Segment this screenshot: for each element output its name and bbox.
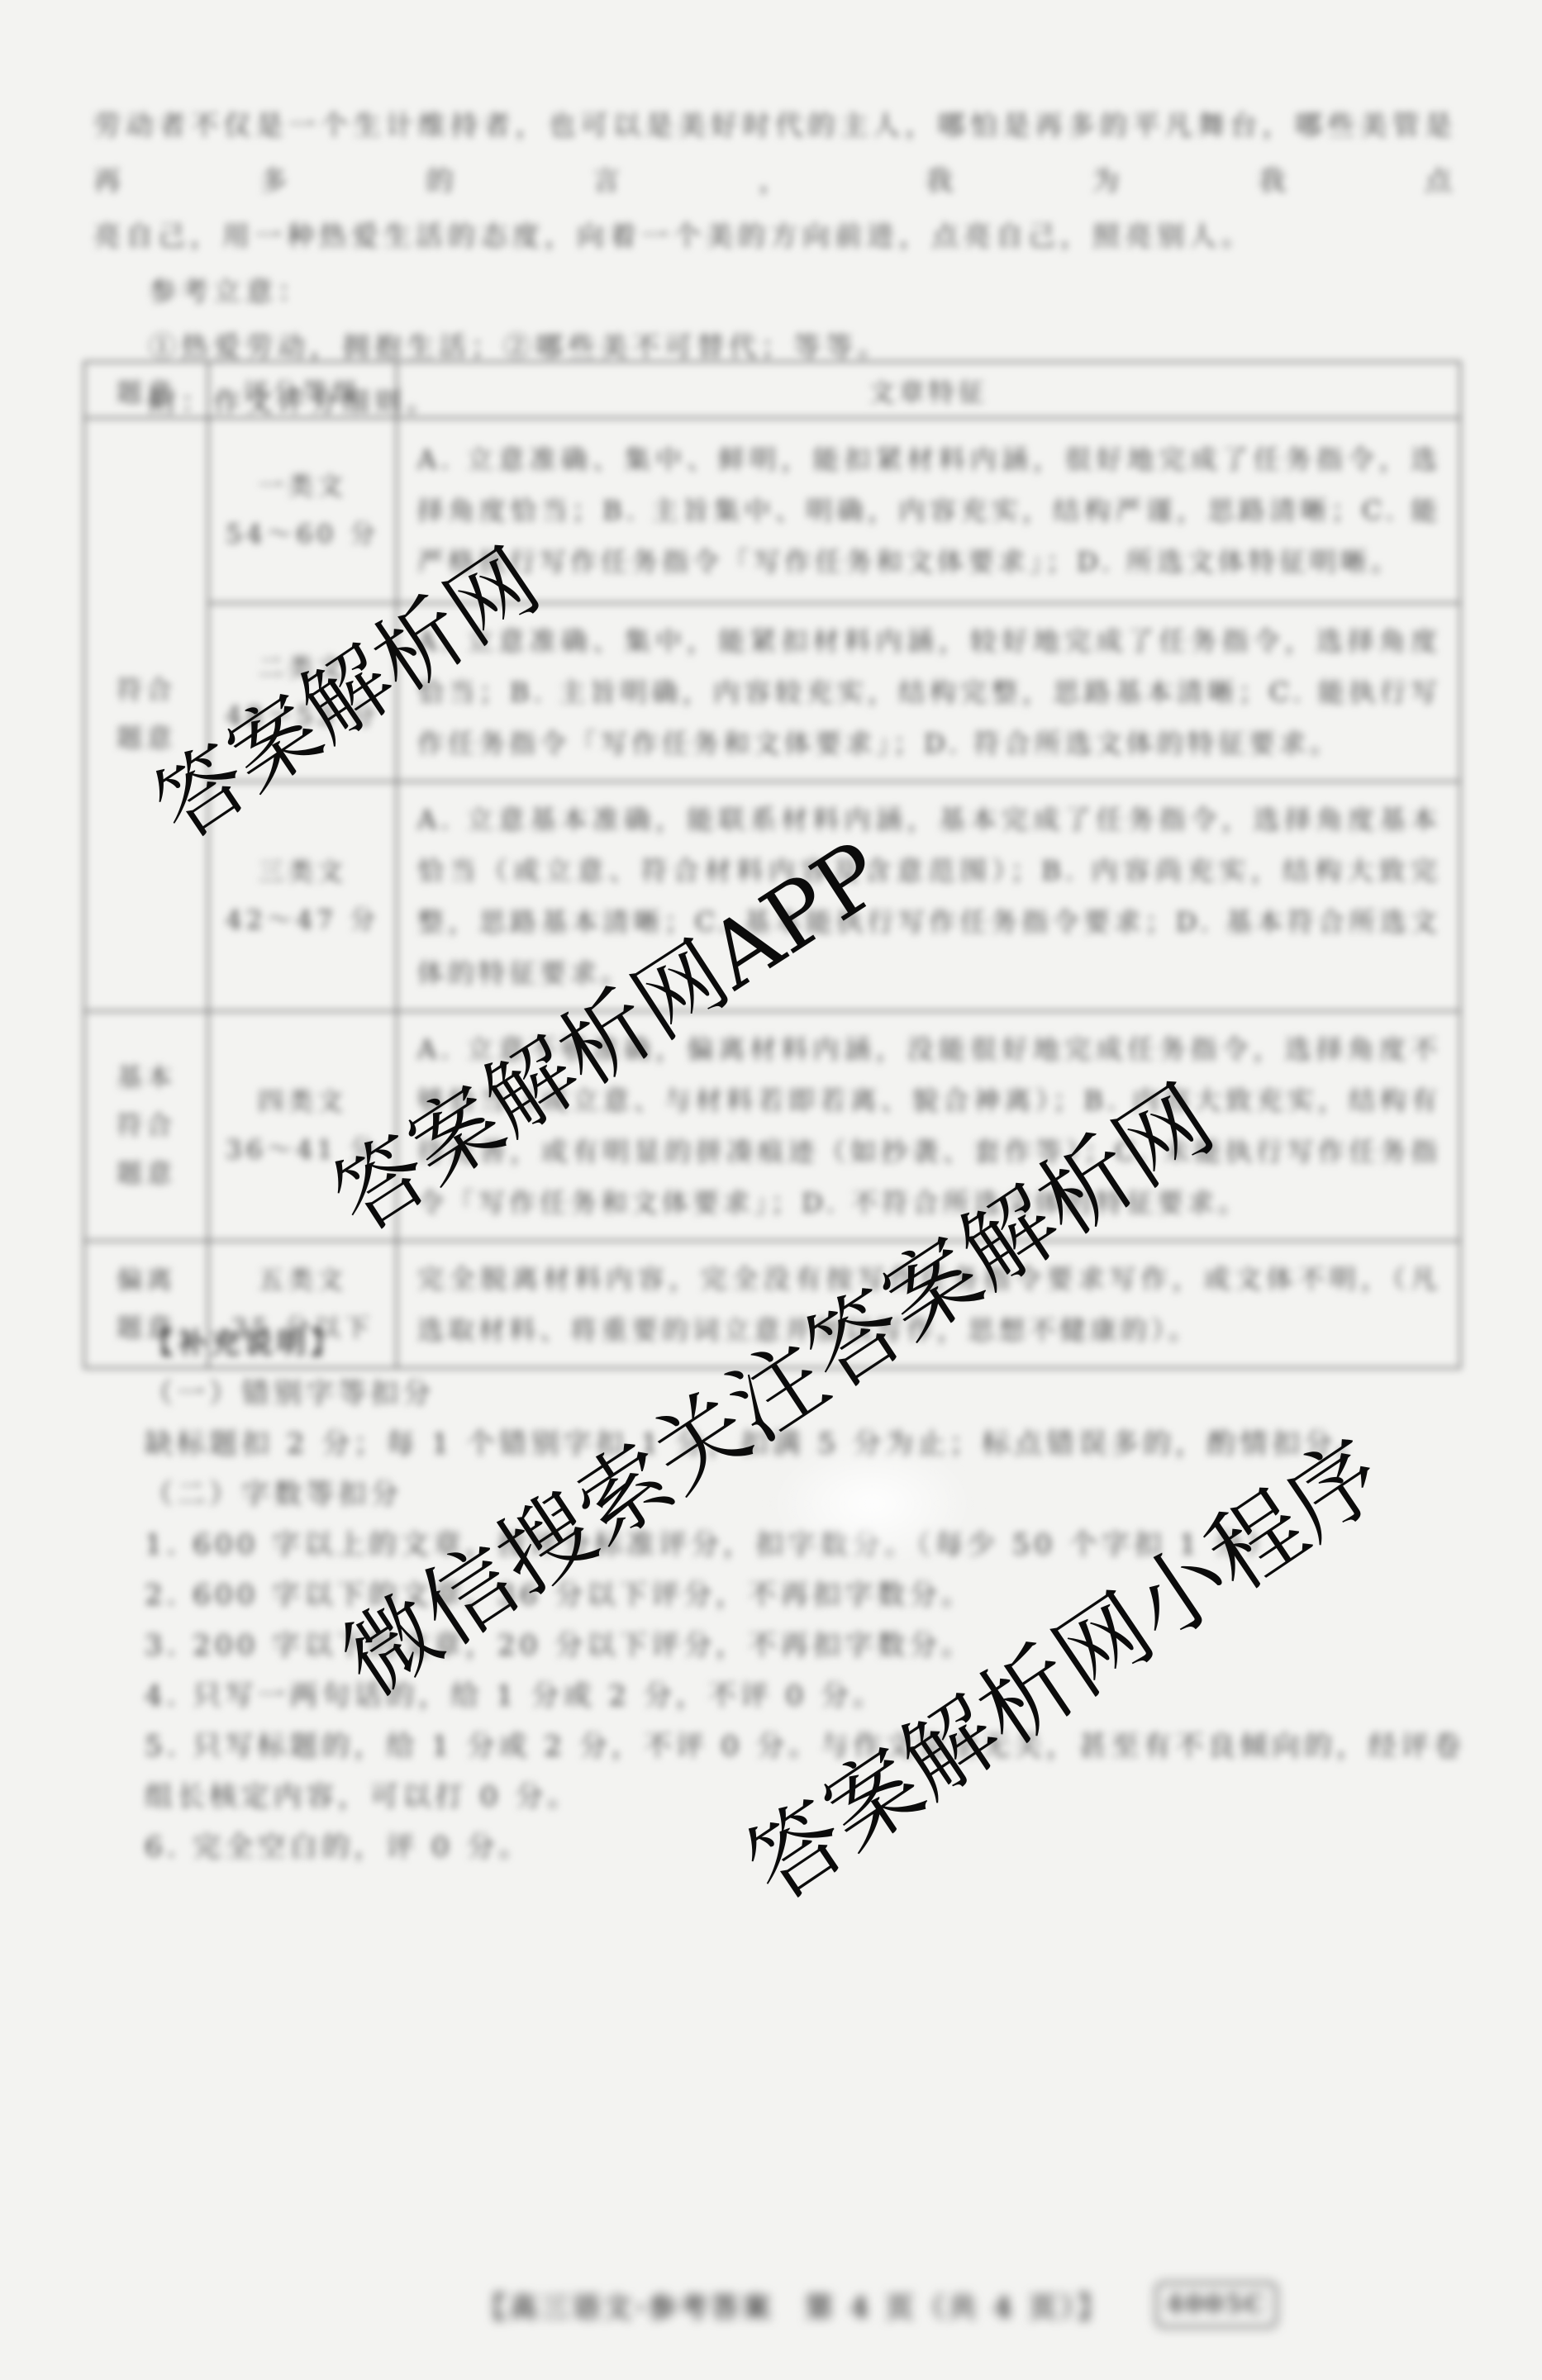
grade-2-features: A. 立意准确、集中，能紧扣材料内涵，较好地完成了任务指令，选择角度恰当；B. …: [397, 603, 1460, 781]
grade-3-features: A. 立意基本准确，能联系材料内涵，基本完成了任务指令，选择角度基本恰当（或立意…: [397, 781, 1460, 1011]
essay-scoring-table: 题意 评分等级 文章特征 符合 题意 一类文 54～60 分 A. 立意准确、集…: [83, 361, 1461, 1369]
intro-paragraph-line-2: 亮自己，用一种热爱生活的态度，向着一个美的方向前进，点亮自己，照亮别人。: [93, 208, 1457, 264]
table-row-grade-4: 基本 符合 题意 四类文 36～41 分 A. 立意不够准确，偏离材料内涵，没能…: [84, 1011, 1460, 1241]
document-layer: 劳动者不仅是一个生计维持者，也可以是美好时代的主人，哪怕是再多的平凡舞台，哪些美…: [0, 0, 1542, 2380]
table-header-row: 题意 评分等级 文章特征: [84, 362, 1460, 418]
category-matches-topic: 符合 题意: [84, 418, 208, 1011]
grade-1-label: 一类文 54～60 分: [208, 418, 397, 603]
reference-intent-heading: 参考立意：: [93, 264, 1457, 319]
scanned-answer-page: 劳动者不仅是一个生计维持者，也可以是美好时代的主人，哪怕是再多的平凡舞台，哪些美…: [0, 0, 1542, 2380]
header-features: 文章特征: [397, 362, 1460, 418]
intro-paragraph-line-1: 劳动者不仅是一个生计维持者，也可以是美好时代的主人，哪怕是再多的平凡舞台，哪些美…: [93, 97, 1457, 208]
note-line: 4. 只写一两句话的，给 1 分或 2 分，不评 0 分。: [145, 1671, 1467, 1722]
footer-page-label: 【高三语文·参考答案 第 4 页（共 4 页）】: [22, 2285, 1542, 2325]
header-category: 题意: [84, 362, 208, 418]
table-row-grade-1: 符合 题意 一类文 54～60 分 A. 立意准确、集中、鲜明，能扣紧材料内涵，…: [84, 418, 1460, 603]
footer-paper-code: 4005C: [1155, 2282, 1278, 2328]
grade-1-features: A. 立意准确、集中、鲜明，能扣紧材料内涵，很好地完成了任务指令，选择角度恰当；…: [397, 418, 1460, 603]
category-basically-matches-topic: 基本 符合 题意: [84, 1011, 208, 1241]
header-grade: 评分等级: [208, 362, 397, 418]
